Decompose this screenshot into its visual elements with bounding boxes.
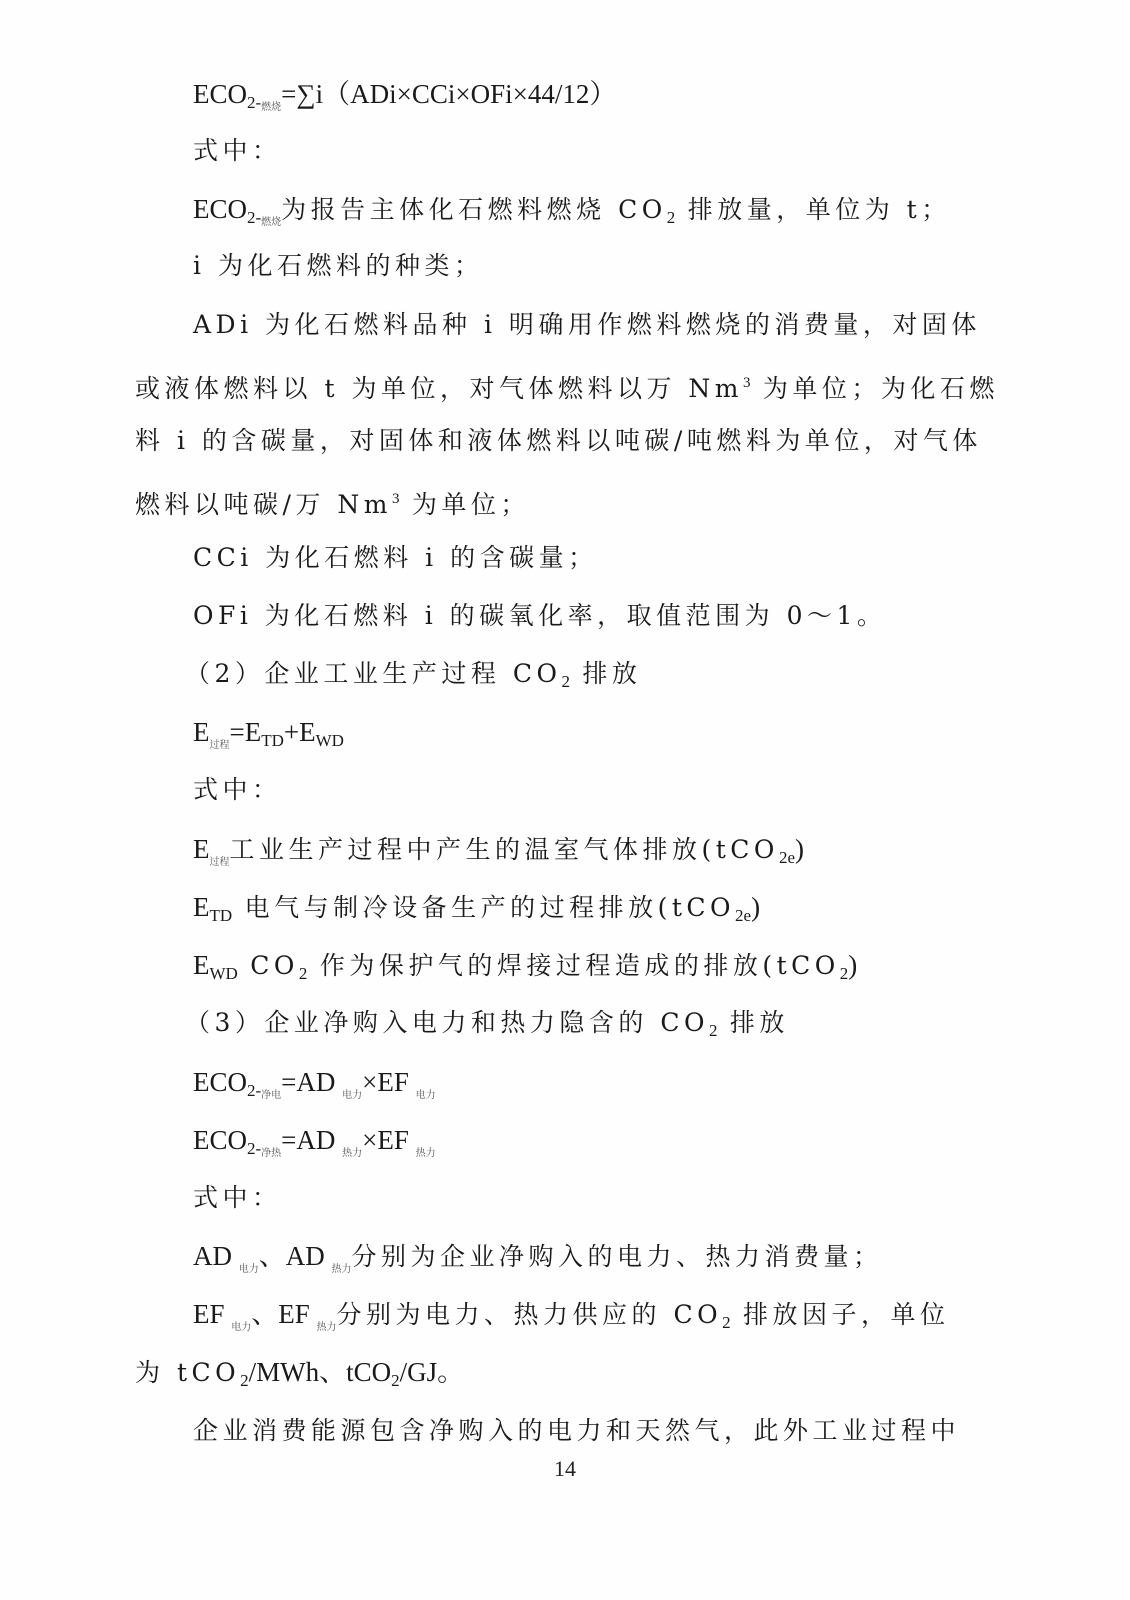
term: AD <box>193 1241 239 1271</box>
subscript-cn: 净热 <box>261 1148 281 1159</box>
subscript-cn: 电力 <box>416 1090 436 1101</box>
definition-adi-line1: ADi 为化石燃料品种 i 明确用作燃料燃烧的消费量，对固体 <box>193 309 981 341</box>
subscript: TD <box>261 731 284 750</box>
definition-ofi: OFi 为化石燃料 i 的碳氧化率，取值范围为 0～1。 <box>193 600 886 632</box>
page-number: 14 <box>0 1456 1130 1482</box>
subscript: 2e <box>735 906 751 925</box>
subscript: 2 <box>722 1313 731 1332</box>
text: 或液体燃料以 t 为单位，对气体燃料以万 Nm <box>135 374 743 403</box>
subscript: 2e <box>779 848 795 867</box>
definition-ef-line1: EF 电力、EF 热力分别为电力、热力供应的 CO2 排放因子，单位 <box>193 1298 950 1344</box>
text: ) <box>751 892 760 922</box>
where-label-3: 式中： <box>193 1182 282 1214</box>
definition-ad: AD 电力、AD 热力分别为企业净购入的电力、热力消费量； <box>193 1240 883 1286</box>
definition-e-wd: EWD CO2 作为保护气的焊接过程造成的排放(tCO2) <box>193 949 857 990</box>
subscript-cn: 热力 <box>317 1322 337 1333</box>
subscript-cn: 燃烧 <box>261 217 281 228</box>
term: ECO <box>193 1067 247 1097</box>
definition-i: i 为化石燃料的种类； <box>193 250 483 282</box>
definition-adi-line4: 燃料以吨碳/万 Nm3 为单位； <box>135 483 530 521</box>
formula-combustion: ECO2-燃烧=∑i（ADi×CCi×OFi×44/12） <box>193 78 616 124</box>
subscript: WD <box>316 731 344 750</box>
term: ×EF <box>362 1125 416 1155</box>
subscript: 2- <box>247 1139 261 1158</box>
text: ) <box>848 950 857 980</box>
subscript-cn: 热力 <box>416 1148 436 1159</box>
definition-e-process: E过程工业生产过程中产生的温室气体排放(tCO2e) <box>193 833 804 879</box>
text: 为单位； <box>399 490 529 519</box>
term: E <box>193 717 210 747</box>
subscript-cn: 电力 <box>342 1090 362 1101</box>
subscript: 2 <box>391 1371 400 1390</box>
text: /MWh、tCO <box>249 1357 392 1387</box>
heading-text: （2）企业工业生产过程 CO <box>185 659 561 688</box>
formula-process: E过程=ETD+EWD <box>193 716 344 762</box>
subscript-cn: 电力 <box>231 1322 251 1333</box>
term: ECO <box>193 1125 247 1155</box>
definition-cci: CCi 为化石燃料 i 的含碳量； <box>193 542 598 574</box>
subscript-cn: 过程 <box>210 857 230 868</box>
where-label-1: 式中： <box>193 135 282 167</box>
subscript-cn: 净电 <box>261 1090 281 1101</box>
term: EF <box>193 1299 231 1329</box>
formula-term: ECO <box>193 79 247 109</box>
term: =E <box>230 717 262 747</box>
term: 、AD <box>259 1241 332 1271</box>
term: E <box>193 892 210 922</box>
text: ) <box>795 834 804 864</box>
subscript-cn: 电力 <box>239 1264 259 1275</box>
text: 分别为电力、热力供应的 CO <box>337 1300 723 1329</box>
text: 排放因子，单位 <box>731 1300 950 1329</box>
closing-paragraph: 企业消费能源包含净购入的电力和天然气，此外工业过程中 <box>193 1415 960 1447</box>
formula-net-electricity: ECO2-净电=AD 电力×EF 电力 <box>193 1066 436 1112</box>
text: 分别为企业净购入的电力、热力消费量； <box>352 1242 883 1271</box>
subscript: 2 <box>840 964 849 983</box>
definition-adi-line2: 或液体燃料以 t 为单位，对气体燃料以万 Nm3 为单位；为化石燃 <box>135 367 999 405</box>
subscript: 2- <box>247 208 261 227</box>
definition-text: 排放量，单位为 t； <box>675 195 950 224</box>
text: 电气与制冷设备生产的过程排放(tCO <box>232 893 735 922</box>
term: E <box>193 834 210 864</box>
term: +E <box>284 717 316 747</box>
subscript-cn: 热力 <box>342 1148 362 1159</box>
term: =AD <box>281 1125 342 1155</box>
text: CO <box>238 951 299 980</box>
subscript-cn: 热力 <box>332 1264 352 1275</box>
section-3-heading: （3）企业净购入电力和热力隐含的 CO2 排放 <box>185 1007 789 1047</box>
formula-net-heat: ECO2-净热=AD 热力×EF 热力 <box>193 1124 436 1170</box>
text: 为单位；为化石燃 <box>750 374 998 403</box>
term: E <box>193 950 210 980</box>
definition-eco2: ECO2-燃烧为报告主体化石燃料燃烧 CO2 排放量，单位为 t； <box>193 193 951 239</box>
subscript: 2 <box>240 1371 249 1390</box>
subscript: WD <box>210 964 238 983</box>
text: 燃料以吨碳/万 Nm <box>135 490 392 519</box>
definition-adi-line3: 料 i 的含碳量，对固体和液体燃料以吨碳/吨燃料为单位，对气体 <box>135 425 982 457</box>
definition-ef-line2: 为 tCO2/MWh、tCO2/GJ。 <box>135 1356 464 1397</box>
term: ECO <box>193 194 247 224</box>
heading-text: 排放 <box>717 1008 788 1037</box>
term: 、EF <box>251 1299 316 1329</box>
term: ×EF <box>362 1067 416 1097</box>
text: 作为保护气的焊接过程造成的排放(tCO <box>307 951 839 980</box>
text: /GJ。 <box>400 1357 465 1387</box>
subscript: 2 <box>561 672 570 691</box>
section-2-heading: （2）企业工业生产过程 CO2 排放 <box>185 658 641 698</box>
definition-text: 为报告主体化石燃料燃烧 CO <box>281 195 667 224</box>
subscript: 2- <box>247 1081 261 1100</box>
subscript: TD <box>210 906 233 925</box>
document-page: ECO2-燃烧=∑i（ADi×CCi×OFi×44/12） 式中： ECO2-燃… <box>0 0 1130 1600</box>
text: 为 tCO <box>135 1358 240 1387</box>
heading-text: 排放 <box>570 659 641 688</box>
subscript: 2 <box>667 208 676 227</box>
term: =AD <box>281 1067 342 1097</box>
subscript-cn: 燃烧 <box>261 102 281 113</box>
subscript-cn: 过程 <box>210 740 230 751</box>
text: 工业生产过程中产生的温室气体排放(tCO <box>230 835 779 864</box>
subscript: 2- <box>247 93 261 112</box>
definition-e-td: ETD 电气与制冷设备生产的过程排放(tCO2e) <box>193 891 760 932</box>
formula-rhs: =∑i（ADi×CCi×OFi×44/12） <box>281 79 616 109</box>
where-label-2: 式中： <box>193 774 282 806</box>
heading-text: （3）企业净购入电力和热力隐含的 CO <box>185 1008 709 1037</box>
